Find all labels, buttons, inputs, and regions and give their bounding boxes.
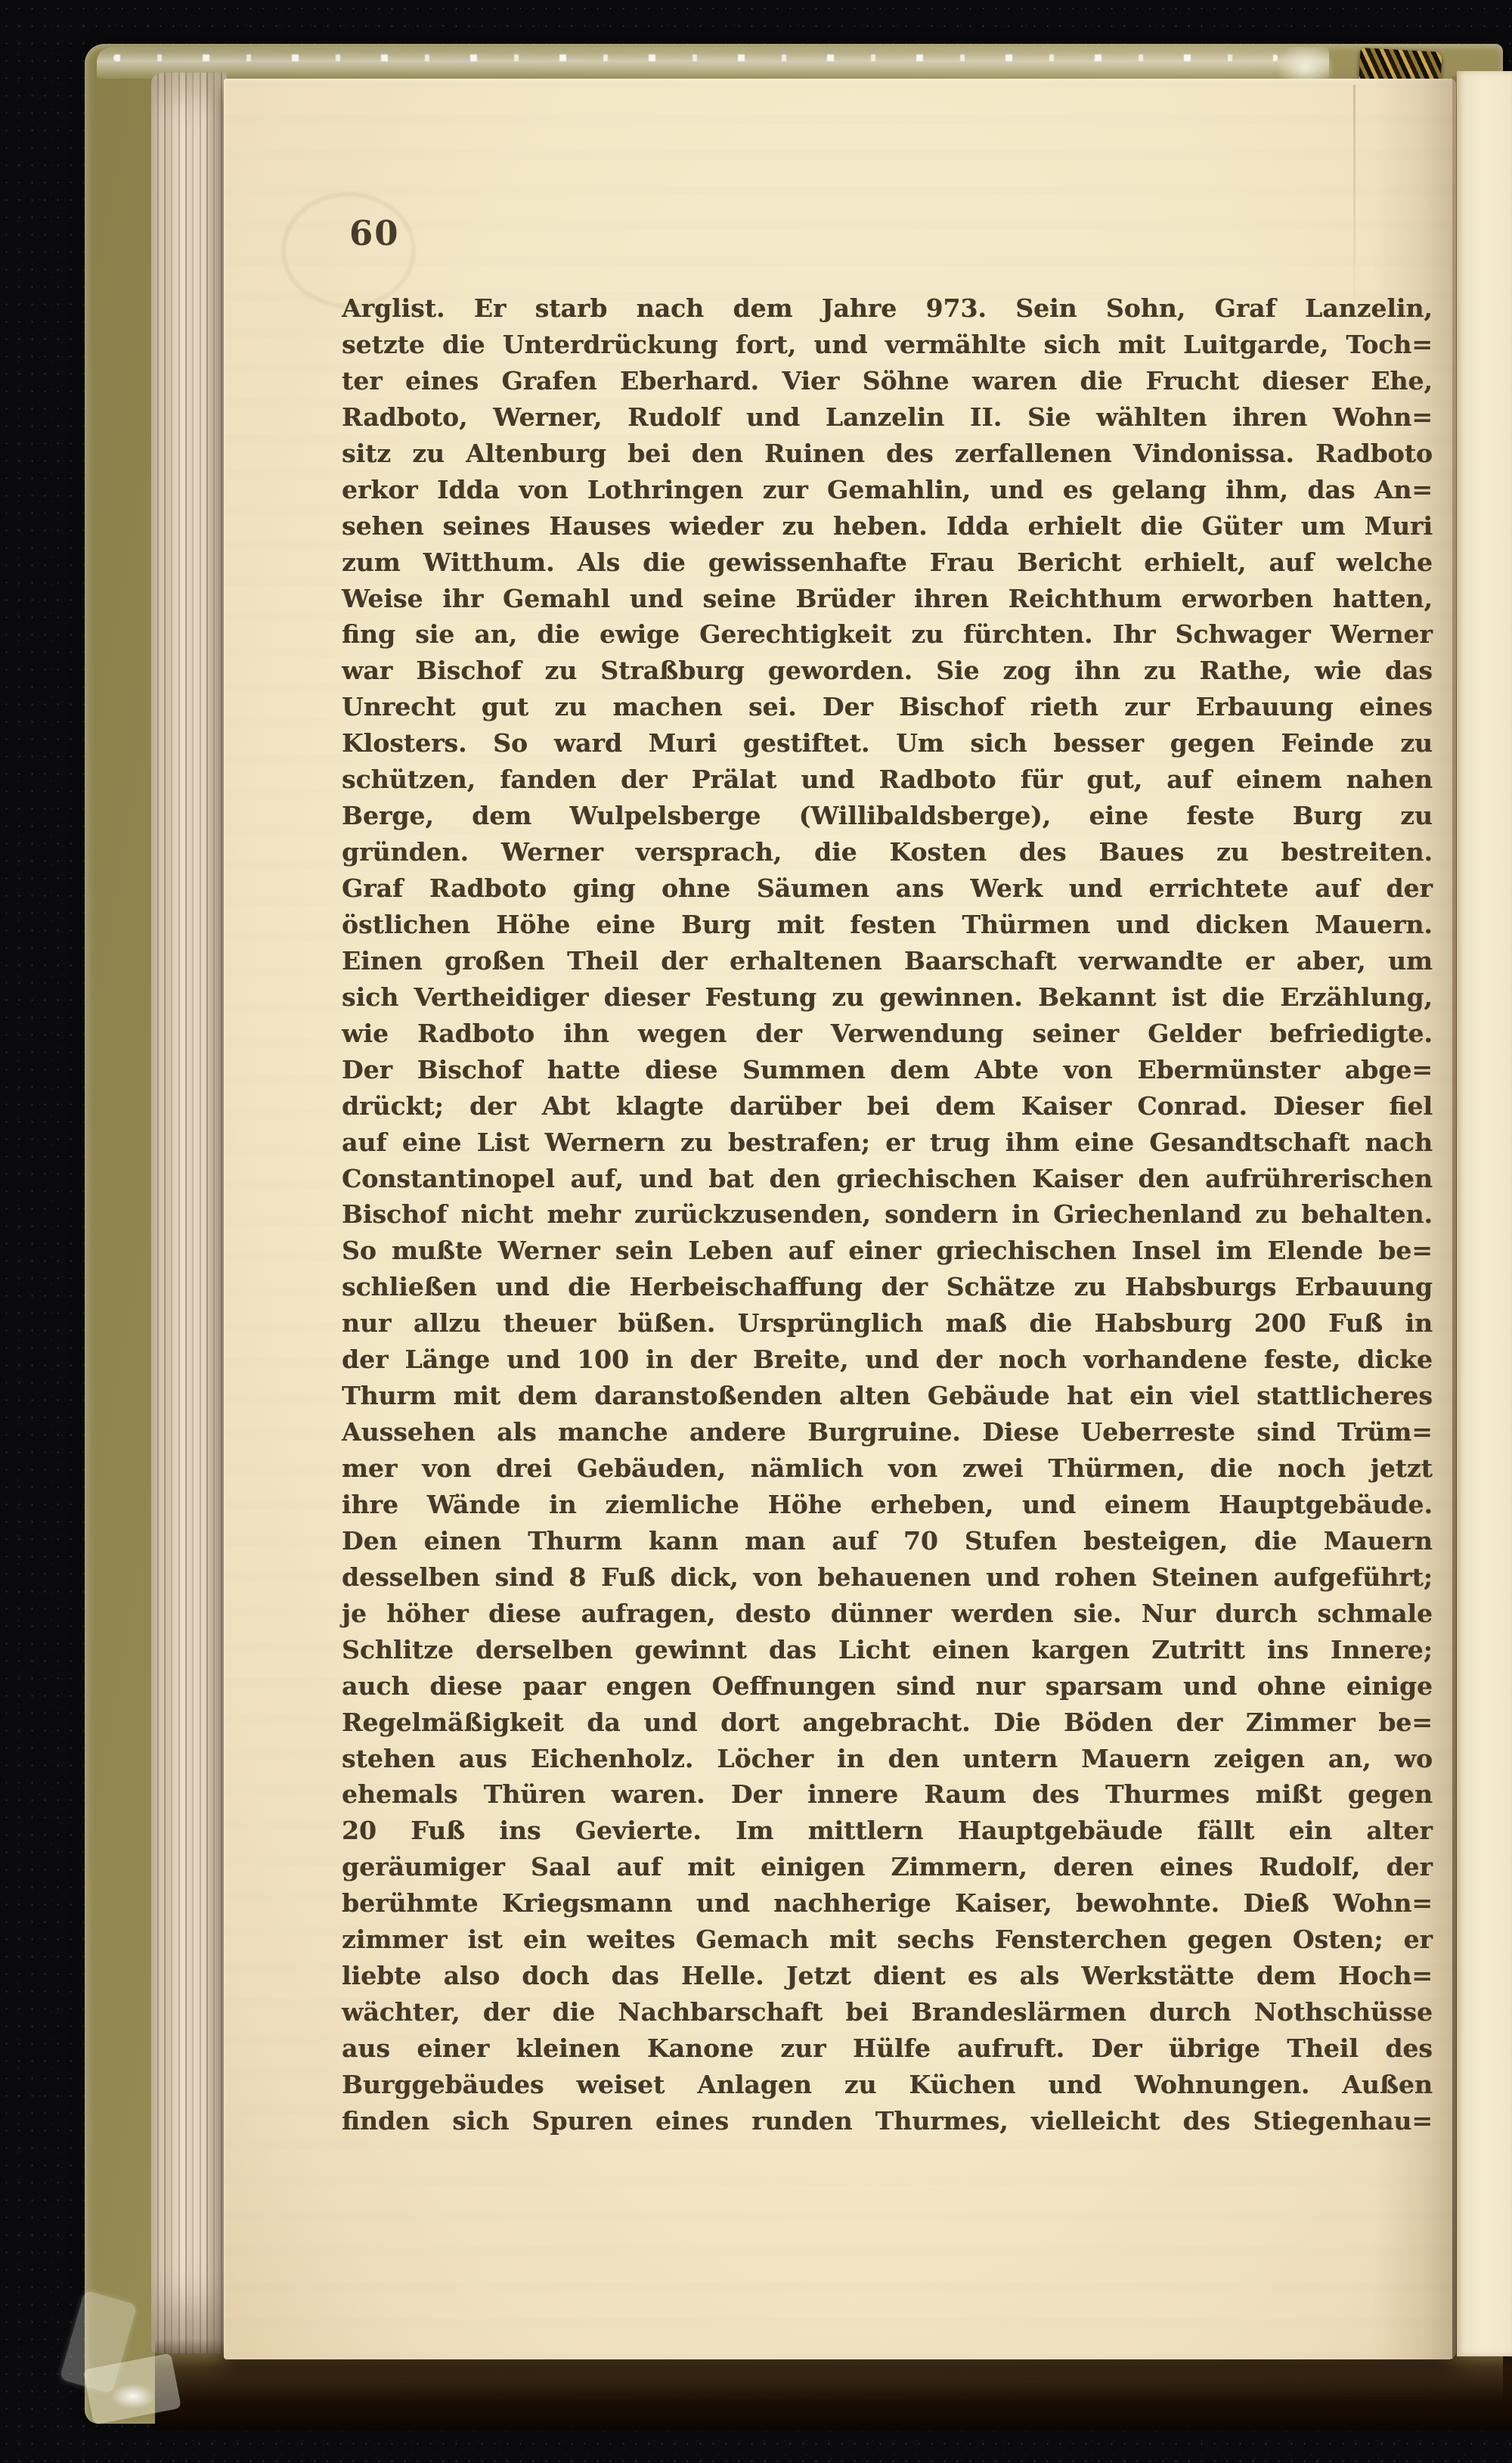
text-line: auchdiesepaarengenOeffnungensindnurspars… (342, 1669, 1433, 1705)
book-page: 60 Arglist.ErstarbnachdemJahre973.SeinSo… (224, 79, 1456, 2359)
text-line: sichVertheidigerdieserFestungzugewinnen.… (342, 980, 1433, 1016)
text-line: wieRadbotoihnwegenderVerwendungseinerGel… (342, 1016, 1433, 1053)
tape-glare (110, 2384, 156, 2409)
text-line: Arglist.ErstarbnachdemJahre973.SeinSohn,… (342, 291, 1433, 327)
facing-page-edge (1457, 71, 1512, 2356)
text-line: ehemalsThürenwaren.DerinnereRaumdesThurm… (342, 1777, 1433, 1813)
text-line: BurggebäudesweisetAnlagenzuKüchenundWohn… (342, 2067, 1433, 2104)
text-line: derLängeund100inderBreite,unddernochvorh… (342, 1342, 1433, 1379)
text-line: aufeineListWernernzubestrafen;ertrugihme… (342, 1125, 1433, 1162)
text-line: SomußteWernerseinLebenaufeinergriechisch… (342, 1233, 1433, 1270)
text-block: Arglist.ErstarbnachdemJahre973.SeinSohn,… (342, 291, 1433, 2140)
text-line: zimmeristeinweitesGemachmitsechsFensterc… (342, 1922, 1433, 1959)
text-line: drückt;derAbtklagtedarüberbeidemKaiserCo… (342, 1089, 1433, 1125)
text-line: Radboto,Werner,RudolfundLanzelinII.Siewä… (342, 400, 1433, 436)
text-line: schützen,fandenderPrälatundRadbotofürgut… (342, 762, 1433, 799)
text-line: Bischofnichtmehrzurückzusenden,sondernin… (342, 1197, 1433, 1233)
text-line: fingsiean,dieewigeGerechtigkeitzufürchte… (342, 617, 1433, 653)
text-line: sitzzuAltenburgbeidenRuinendeszerfallene… (342, 436, 1433, 473)
text-line: stehenausEichenholz.LöcherindenunternMau… (342, 1742, 1433, 1778)
text-line: Klosters.SowardMurigestiftet.Umsichbesse… (342, 726, 1433, 762)
text-line: sehenseinesHauseswiederzuheben.Iddaerhie… (342, 509, 1433, 545)
text-line: nurallzutheuerbüßen.UrsprünglichmaßdieHa… (342, 1306, 1433, 1342)
text-line: liebtealsodochdasHelle.JetztdientesalsWe… (342, 1959, 1433, 1995)
text-line: östlichenHöheeineBurgmitfestenThürmenund… (342, 907, 1433, 944)
scanned-book-photo: 60 Arglist.ErstarbnachdemJahre973.SeinSo… (0, 0, 1512, 2463)
text-line: zumWitthum.AlsdiegewissenhafteFrauBerich… (342, 545, 1433, 582)
text-line: DerBischofhattedieseSummendemAbtevonEber… (342, 1053, 1433, 1089)
text-line: GrafRadbotogingohneSäumenansWerkunderric… (342, 871, 1433, 907)
text-line: Unrechtgutzumachensei.DerBischofriethzur… (342, 690, 1433, 726)
text-line: DeneinenThurmkannmanauf70Stufenbesteigen… (342, 1524, 1433, 1560)
text-line: setztedieUnterdrückungfort,undvermähltes… (342, 327, 1433, 364)
text-line: berühmteKriegsmannundnachherigeKaiser,be… (342, 1886, 1433, 1922)
text-line: mervondreiGebäuden,nämlichvonzweiThürmen… (342, 1451, 1433, 1487)
text-line: gründen.Wernerversprach,dieKostendesBaue… (342, 835, 1433, 871)
text-line: Constantinopelauf,undbatdengriechischenK… (342, 1162, 1433, 1198)
text-line: auseinerkleinenKanonezurHülfeaufruft.Der… (342, 2031, 1433, 2067)
text-line: Regelmäßigkeitdaunddortangebracht.DieBöd… (342, 1705, 1433, 1742)
page-corner-fold-line (1353, 85, 1356, 319)
text-line: ihreWändeinziemlicheHöheerheben,undeinem… (342, 1487, 1433, 1524)
text-line: 20FußinsGevierte.ImmittlernHauptgebäudef… (342, 1813, 1433, 1850)
text-line: desselbensind8Fußdick,vonbehauenenundroh… (342, 1560, 1433, 1596)
text-line: geräumigerSaalaufmiteinigenZimmern,deren… (342, 1850, 1433, 1886)
text-line: WeiseihrGemahlundseineBrüderihrenReichth… (342, 582, 1433, 618)
page-number: 60 (349, 216, 400, 250)
text-line: tereinesGrafenEberhard.VierSöhnewarendie… (342, 364, 1433, 400)
text-line: SchlitzederselbengewinntdasLichteinenkar… (342, 1633, 1433, 1669)
text-line: ThurmmitdemdaranstoßendenaltenGebäudehat… (342, 1379, 1433, 1415)
text-line: wächter,derdieNachbarschaftbeiBrandeslär… (342, 1995, 1433, 2031)
text-line: erkorIddavonLothringenzurGemahlin,undesg… (342, 473, 1433, 509)
text-line: schließenunddieHerbeischaffungderSchätze… (342, 1270, 1433, 1306)
text-line: AussehenalsmancheandereBurgruine.DieseUe… (342, 1415, 1433, 1451)
text-line: findensichSpureneinesrundenThurmes,viell… (342, 2104, 1433, 2140)
text-line: Berge,demWulpelsberge(Willibaldsberge),e… (342, 799, 1433, 835)
text-line: jehöherdieseaufragen,destodünnerwerdensi… (342, 1596, 1433, 1633)
gutter-shadow (1373, 79, 1456, 2359)
cover-gloss-sparkles (113, 54, 1278, 61)
page-edge-stack (151, 73, 227, 2353)
cover-gloss-highlight (97, 47, 1329, 79)
text-line: EinengroßenTheildererhaltenenBaarschaftv… (342, 944, 1433, 980)
text-line: warBischofzuStraßburggeworden.Siezogihnz… (342, 653, 1433, 690)
